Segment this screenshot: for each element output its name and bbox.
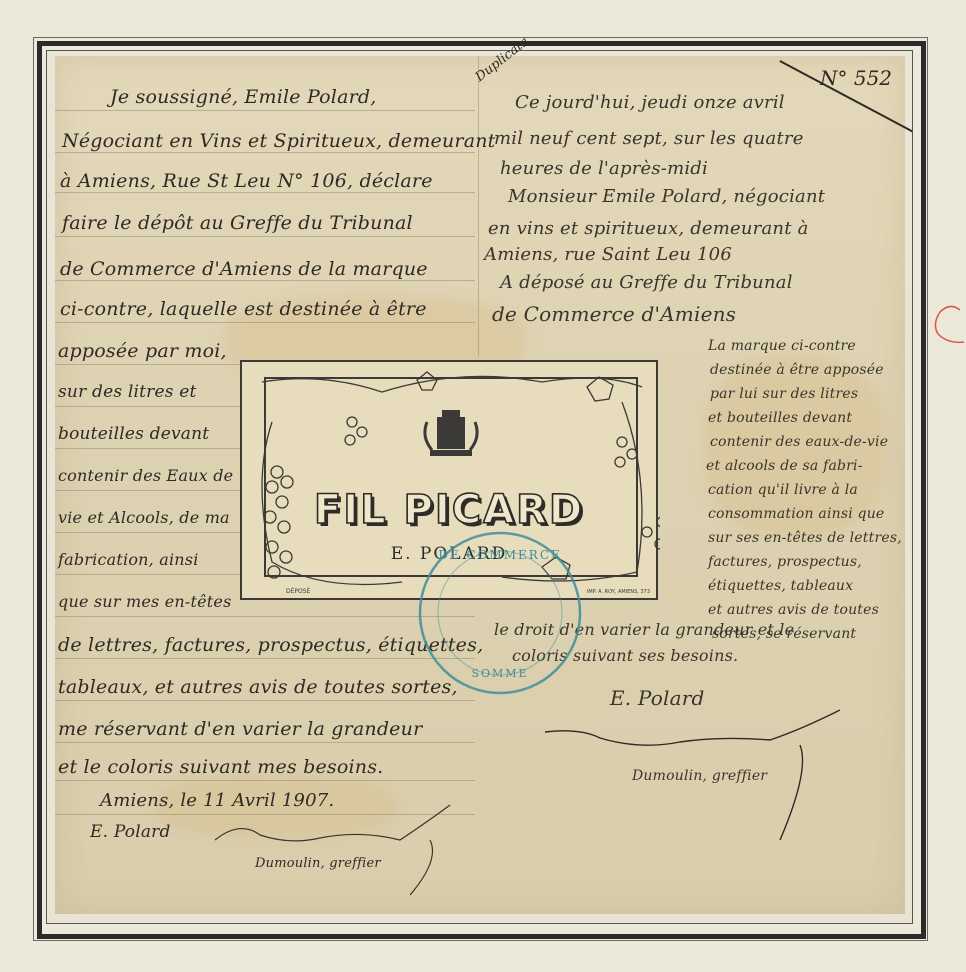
note-line: contenir des eaux-de-vie	[710, 434, 888, 450]
handwritten-line: faire le dépôt au Greffe du Tribunal	[62, 212, 413, 234]
note-line: par lui sur des litres	[710, 386, 858, 402]
note-line: et bouteilles devant	[708, 410, 852, 426]
note-line: et autres avis de toutes	[708, 602, 879, 618]
handwritten-line: de Commerce d'Amiens	[492, 302, 736, 326]
stamp-bottom-text: SOMME	[415, 667, 585, 680]
handwritten-line: Amiens, rue Saint Leu 106	[484, 244, 732, 265]
registrar-signature-flourish	[540, 700, 840, 850]
ruled-line	[55, 192, 475, 193]
handwritten-line: Je soussigné, Emile Polard,	[110, 86, 377, 108]
handwritten-line: tableaux, et autres avis de toutes sorte…	[58, 676, 458, 698]
handwritten-line: Ce jourd'hui, jeudi onze avril	[515, 92, 785, 113]
handwritten-line: que sur mes en-têtes	[58, 592, 231, 611]
ruled-line	[55, 700, 475, 701]
handwritten-line: Monsieur Emile Polard, négociant	[508, 186, 825, 207]
handwritten-line: apposée par moi,	[58, 340, 227, 362]
note-line: et alcools de sa fabri-	[706, 458, 863, 474]
registrar-signature-flourish	[200, 800, 460, 900]
brand-name: FIL PICARD	[242, 487, 656, 533]
handwritten-line: à Amiens, Rue St Leu N° 106, déclare	[60, 170, 433, 192]
note-line: factures, prospectus,	[708, 554, 862, 570]
handwritten-line: bouteilles devant	[58, 424, 209, 444]
handwritten-line: et le coloris suivant mes besoins.	[58, 756, 383, 778]
note-line: La marque ci-contre	[708, 338, 856, 354]
note-line: destinée à être apposée	[710, 362, 884, 378]
handwritten-line: Négociant en Vins et Spiritueux, demeura…	[62, 130, 496, 152]
handwritten-line: fabrication, ainsi	[58, 550, 199, 569]
tribunal-stamp: DE COMMERCE SOMME	[415, 528, 585, 698]
handwritten-line: de Commerce d'Amiens de la marque	[60, 258, 428, 280]
ruled-line	[55, 322, 475, 323]
red-pencil-mark-icon	[930, 300, 966, 350]
note-line: sur ses en-têtes de lettres,	[708, 530, 902, 546]
ruled-line	[55, 280, 475, 281]
handwritten-line: ci-contre, laquelle est destinée à être	[60, 298, 427, 320]
note-line: consommation ainsi que	[708, 506, 884, 522]
ruled-line	[55, 616, 475, 617]
stamp-top-text: DE COMMERCE	[415, 548, 585, 562]
signature-polard: E. Polard	[90, 822, 171, 842]
handwritten-line: A déposé au Greffe du Tribunal	[500, 272, 793, 293]
deposit-mark: DÉPOSÉ	[286, 588, 310, 595]
handwritten-line: mil neuf cent sept, sur les quatre	[494, 128, 804, 149]
note-line: étiquettes, tableaux	[708, 578, 853, 594]
handwritten-line: vie et Alcools, de ma	[58, 508, 230, 527]
ruled-line	[55, 152, 475, 153]
note-line: cation qu'il livre à la	[708, 482, 858, 498]
column-divider	[478, 56, 479, 356]
handwritten-line: contenir des Eaux de	[58, 466, 233, 485]
printer-credit: IMP. A. ROY, AMIENS, 373	[587, 589, 650, 595]
ruled-line	[55, 110, 475, 111]
handwritten-line: heures de l'après-midi	[500, 158, 708, 179]
handwritten-line: sur des litres et	[58, 382, 197, 402]
ruled-line	[55, 236, 475, 237]
ruled-line	[55, 780, 475, 781]
ruled-line	[55, 742, 475, 743]
handwritten-line: me réservant d'en varier la grandeur	[58, 718, 422, 740]
handwritten-line: en vins et spiritueux, demeurant à	[488, 218, 809, 239]
ruled-line	[55, 658, 475, 659]
